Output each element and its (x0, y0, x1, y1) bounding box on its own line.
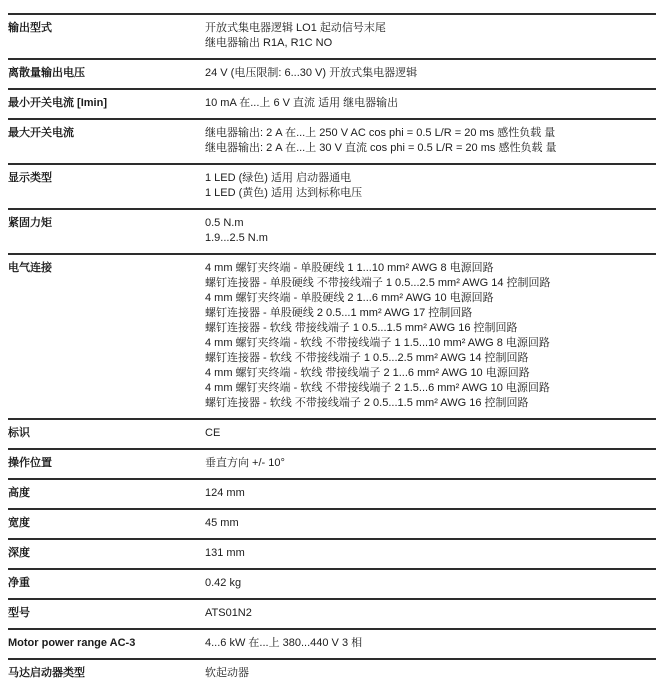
spec-row-electrical-connection: 电气连接 4 mm 螺钉夹终端 - 单股硬线 1 1...10 mm² AWG … (8, 255, 656, 420)
spec-values: 继电器输出: 2 A 在...上 250 V AC cos phi = 0.5 … (205, 126, 656, 156)
spec-value-line: 4 mm 螺钉夹终端 - 软线 带接线端子 2 1...6 mm² AWG 10… (205, 366, 656, 381)
spec-label: 型号 (8, 606, 205, 621)
spec-row-net-weight: 净重 0.42 kg (8, 570, 656, 600)
spec-label: 显示类型 (8, 171, 205, 186)
spec-label: 离散量输出电压 (8, 66, 205, 81)
spec-label: 输出型式 (8, 21, 205, 36)
spec-row-motor-power-range: Motor power range AC-3 4...6 kW 在...上 38… (8, 630, 656, 660)
spec-value-line: 124 mm (205, 486, 656, 501)
spec-value-line: 4 mm 螺钉夹终端 - 软线 不带接线端子 1 1.5...10 mm² AW… (205, 336, 656, 351)
spec-value-line: 131 mm (205, 546, 656, 561)
spec-row-output-type: 输出型式 开放式集电器逻辑 LO1 起动信号末尾 继电器输出 R1A, R1C … (8, 15, 656, 60)
spec-row-width: 宽度 45 mm (8, 510, 656, 540)
spec-value-line: 0.5 N.m (205, 216, 656, 231)
spec-label: 操作位置 (8, 456, 205, 471)
spec-label: 电气连接 (8, 261, 205, 276)
spec-values: 0.5 N.m 1.9...2.5 N.m (205, 216, 656, 246)
spec-value-line: 4...6 kW 在...上 380...440 V 3 相 (205, 636, 656, 651)
spec-label: 宽度 (8, 516, 205, 531)
spec-value-line: 开放式集电器逻辑 LO1 起动信号末尾 (205, 21, 656, 36)
spec-values: 软起动器 (205, 666, 656, 681)
spec-value-line: 螺钉连接器 - 单股硬线 不带接线端子 1 0.5...2.5 mm² AWG … (205, 276, 656, 291)
spec-value-line: 24 V (电压限制: 6...30 V) 开放式集电器逻辑 (205, 66, 656, 81)
spec-value-line: 4 mm 螺钉夹终端 - 软线 不带接线端子 2 1.5...6 mm² AWG… (205, 381, 656, 396)
spec-label: 最大开关电流 (8, 126, 205, 141)
spec-label: 马达启动器类型 (8, 666, 205, 681)
spec-label: 高度 (8, 486, 205, 501)
spec-label: 标识 (8, 426, 205, 441)
spec-row-height: 高度 124 mm (8, 480, 656, 510)
spec-label: 紧固力矩 (8, 216, 205, 231)
spec-value-line: 螺钉连接器 - 单股硬线 2 0.5...1 mm² AWG 17 控制回路 (205, 306, 656, 321)
spec-value-line: 45 mm (205, 516, 656, 531)
spec-value-line: 继电器输出 R1A, R1C NO (205, 36, 656, 51)
spec-values: 4 mm 螺钉夹终端 - 单股硬线 1 1...10 mm² AWG 8 电源回… (205, 261, 656, 411)
spec-row-discrete-output-voltage: 离散量输出电压 24 V (电压限制: 6...30 V) 开放式集电器逻辑 (8, 60, 656, 90)
spec-value-line: 垂直方向 +/- 10° (205, 456, 656, 471)
spec-value-line: 螺钉连接器 - 软线 不带接线端子 2 0.5...1.5 mm² AWG 16… (205, 396, 656, 411)
spec-value-line: 1 LED (绿色) 适用 启动器通电 (205, 171, 656, 186)
spec-values: 24 V (电压限制: 6...30 V) 开放式集电器逻辑 (205, 66, 656, 81)
spec-row-model: 型号 ATS01N2 (8, 600, 656, 630)
spec-row-operating-position: 操作位置 垂直方向 +/- 10° (8, 450, 656, 480)
spec-value-line: 10 mA 在...上 6 V 直流 适用 继电器输出 (205, 96, 656, 111)
spec-row-marking: 标识 CE (8, 420, 656, 450)
spec-value-line: 1 LED (黄色) 适用 达到标称电压 (205, 186, 656, 201)
spec-value-line: 螺钉连接器 - 软线 不带接线端子 1 0.5...2.5 mm² AWG 14… (205, 351, 656, 366)
spec-value-line: 螺钉连接器 - 软线 带接线端子 1 0.5...1.5 mm² AWG 16 … (205, 321, 656, 336)
spec-values: 131 mm (205, 546, 656, 561)
spec-value-line: CE (205, 426, 656, 441)
spec-value-line: 1.9...2.5 N.m (205, 231, 656, 246)
spec-value-line: 0.42 kg (205, 576, 656, 591)
spec-value-line: 4 mm 螺钉夹终端 - 单股硬线 1 1...10 mm² AWG 8 电源回… (205, 261, 656, 276)
spec-table: 输出型式 开放式集电器逻辑 LO1 起动信号末尾 继电器输出 R1A, R1C … (8, 13, 656, 681)
spec-row-min-switching-current: 最小开关电流 [Imin] 10 mA 在...上 6 V 直流 适用 继电器输… (8, 90, 656, 120)
spec-label: 最小开关电流 [Imin] (8, 96, 205, 111)
spec-values: CE (205, 426, 656, 441)
spec-row-tightening-torque: 紧固力矩 0.5 N.m 1.9...2.5 N.m (8, 210, 656, 255)
spec-values: 45 mm (205, 516, 656, 531)
spec-row-display-type: 显示类型 1 LED (绿色) 适用 启动器通电 1 LED (黄色) 适用 达… (8, 165, 656, 210)
spec-value-line: 继电器输出: 2 A 在...上 250 V AC cos phi = 0.5 … (205, 126, 656, 141)
spec-values: 垂直方向 +/- 10° (205, 456, 656, 471)
spec-values: 10 mA 在...上 6 V 直流 适用 继电器输出 (205, 96, 656, 111)
spec-row-depth: 深度 131 mm (8, 540, 656, 570)
spec-value-line: ATS01N2 (205, 606, 656, 621)
spec-values: 1 LED (绿色) 适用 启动器通电 1 LED (黄色) 适用 达到标称电压 (205, 171, 656, 201)
spec-values: 4...6 kW 在...上 380...440 V 3 相 (205, 636, 656, 651)
spec-row-max-switching-current: 最大开关电流 继电器输出: 2 A 在...上 250 V AC cos phi… (8, 120, 656, 165)
spec-label: 深度 (8, 546, 205, 561)
spec-row-motor-starter-type: 马达启动器类型 软起动器 (8, 660, 656, 681)
spec-values: ATS01N2 (205, 606, 656, 621)
spec-values: 124 mm (205, 486, 656, 501)
spec-values: 开放式集电器逻辑 LO1 起动信号末尾 继电器输出 R1A, R1C NO (205, 21, 656, 51)
spec-value-line: 4 mm 螺钉夹终端 - 单股硬线 2 1...6 mm² AWG 10 电源回… (205, 291, 656, 306)
spec-values: 0.42 kg (205, 576, 656, 591)
spec-label: 净重 (8, 576, 205, 591)
spec-label: Motor power range AC-3 (8, 636, 205, 651)
spec-value-line: 继电器输出: 2 A 在...上 30 V 直流 cos phi = 0.5 L… (205, 141, 656, 156)
spec-value-line: 软起动器 (205, 666, 656, 681)
